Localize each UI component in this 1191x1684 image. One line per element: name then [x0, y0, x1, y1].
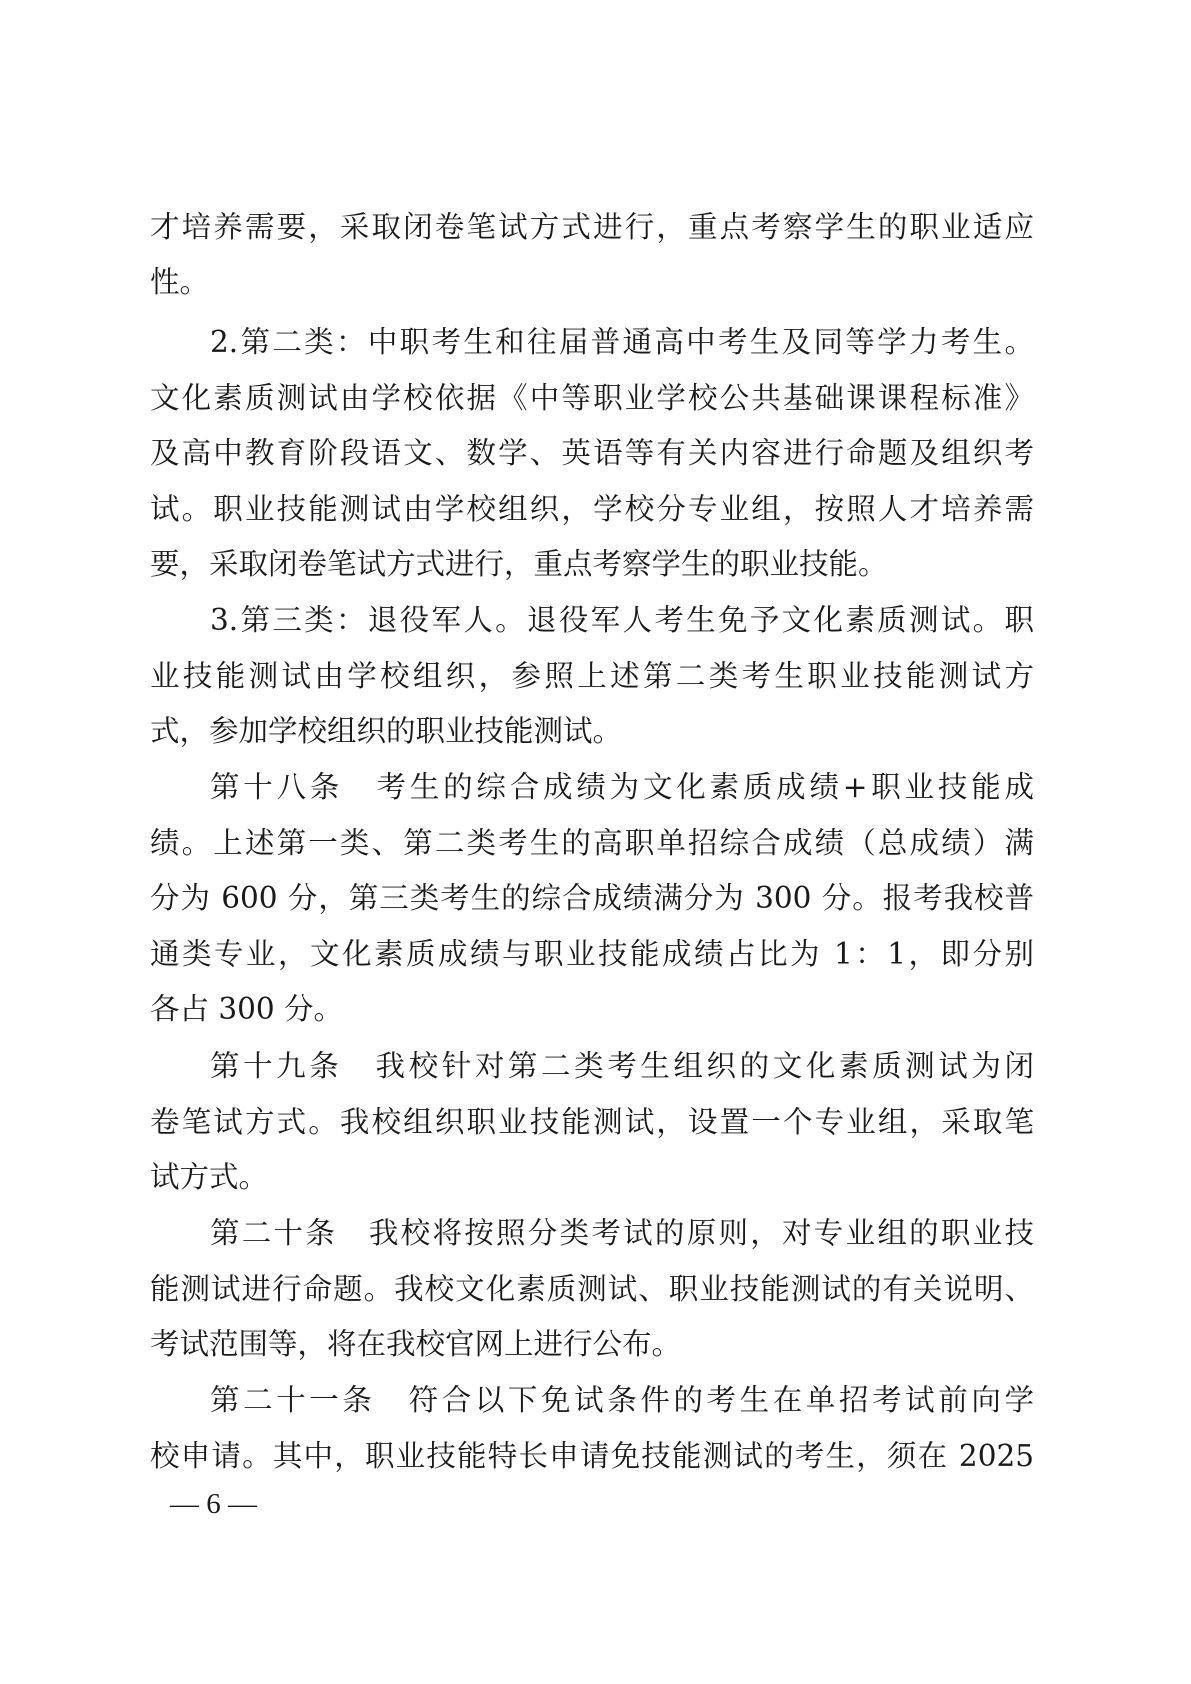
- article-19-heading-line: 第十九条 我校针对第二类考生组织的文化素质测试为闭: [210, 1046, 1034, 1086]
- paragraph-line: 能测试进行命题。我校文化素质测试、职业技能测试的有关说明、: [150, 1269, 1034, 1309]
- paragraph-line: 各占 300 分。: [150, 989, 343, 1029]
- paragraph-line: 式，参加学校组织的职业技能测试。: [150, 711, 622, 751]
- paragraph-line: 卷笔试方式。我校组织职业技能测试，设置一个专业组，采取笔: [150, 1102, 1034, 1142]
- paragraph-line: 试方式。: [150, 1157, 268, 1197]
- paragraph-line: 试。职业技能测试由学校组织，学校分专业组，按照人才培养需: [150, 489, 1034, 529]
- page-number: — 6 —: [170, 1484, 257, 1524]
- paragraph-line: 分为 600 分，第三类考生的综合成绩满分为 300 分。报考我校普: [150, 878, 1034, 918]
- paragraph-line: 要，采取闭卷笔试方式进行，重点考察学生的职业技能。: [150, 544, 888, 584]
- article-18-heading-line: 第十八条 考生的综合成绩为文化素质成绩+职业技能成: [210, 767, 1034, 807]
- article-21-heading-line: 第二十一条 符合以下免试条件的考生在单招考试前向学: [210, 1380, 1034, 1420]
- paragraph-line: 考试范围等，将在我校官网上进行公布。: [150, 1324, 681, 1364]
- paragraph-line: 校申请。其中，职业技能特长申请免技能测试的考生，须在 2025: [150, 1436, 1034, 1476]
- document-page: 才培养需要，采取闭卷笔试方式进行，重点考察学生的职业适应 性。 2.第二类：中职…: [0, 0, 1191, 1684]
- paragraph-line: 2.第二类：中职考生和往届普通高中考生及同等学力考生。: [210, 322, 1034, 362]
- paragraph-line: 通类专业，文化素质成绩与职业技能成绩占比为 1：1，即分别: [150, 934, 1034, 974]
- paragraph-line: 文化素质测试由学校依据《中等职业学校公共基础课课程标准》: [150, 378, 1034, 418]
- paragraph-line: 绩。上述第一类、第二类考生的高职单招综合成绩（总成绩）满: [150, 823, 1034, 863]
- paragraph-line: 性。: [150, 262, 209, 302]
- paragraph-line: 及高中教育阶段语文、数学、英语等有关内容进行命题及组织考: [150, 433, 1034, 473]
- paragraph-line: 业技能测试由学校组织，参照上述第二类考生职业技能测试方: [150, 656, 1034, 696]
- article-20-heading-line: 第二十条 我校将按照分类考试的原则，对专业组的职业技: [210, 1213, 1034, 1253]
- paragraph-line: 才培养需要，采取闭卷笔试方式进行，重点考察学生的职业适应: [150, 207, 1034, 247]
- paragraph-line: 3.第三类：退役军人。退役军人考生免予文化素质测试。职: [210, 600, 1034, 640]
